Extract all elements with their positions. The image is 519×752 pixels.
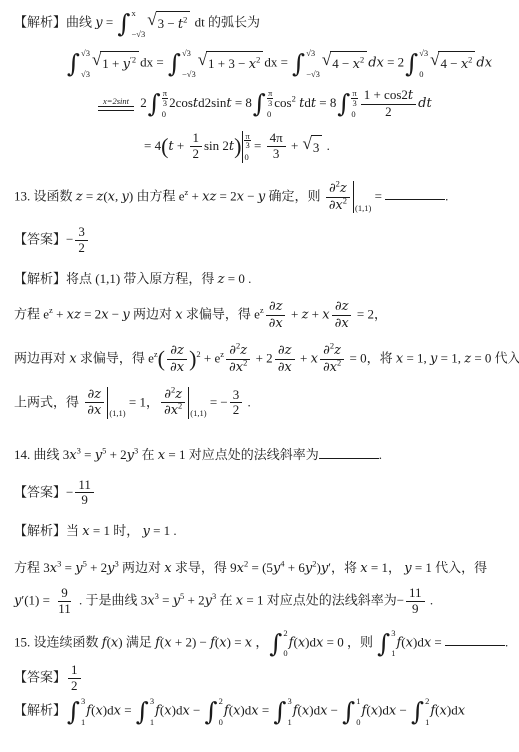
math-text: . bbox=[445, 188, 448, 203]
integral-sign: ∫ bbox=[136, 699, 149, 724]
fraction: 119 bbox=[75, 478, 94, 509]
math-text: + bbox=[53, 306, 67, 321]
math-text: d2sin bbox=[198, 95, 226, 110]
math-variable: dx bbox=[476, 55, 492, 70]
math-text: ， bbox=[252, 634, 268, 649]
integral: ∫20 bbox=[269, 628, 287, 659]
superscript: 2 bbox=[343, 195, 347, 205]
math-variable: x bbox=[164, 704, 171, 719]
math-text: 2 bbox=[193, 146, 200, 161]
solution-13-line-3: 两边再对 x 求偏导，得 ez(∂z∂x)2 + ez∂2z∂x2 + 2∂z∂… bbox=[14, 343, 509, 376]
denominator: 3 bbox=[162, 99, 168, 108]
math-text: = bbox=[121, 703, 135, 718]
math-text: + bbox=[288, 306, 302, 321]
math-text: ′，将 bbox=[328, 560, 360, 575]
integral-sign: ∫ bbox=[148, 91, 161, 116]
fraction: 32 bbox=[230, 388, 243, 419]
lower-limit: −√3 bbox=[182, 70, 196, 79]
upper-limit: √3 bbox=[81, 49, 90, 58]
fraction: ∂2z∂x2 bbox=[320, 343, 344, 376]
radicand: 1 + y′2 bbox=[100, 51, 139, 75]
math-text: 在 bbox=[138, 447, 158, 462]
math-variable: x bbox=[440, 704, 447, 719]
math-text: = 0，将 bbox=[346, 350, 396, 365]
math-variable: z bbox=[340, 181, 347, 196]
upper-limit: 3 bbox=[391, 629, 395, 638]
math-text: = bbox=[103, 14, 117, 29]
math-text: = 2 bbox=[216, 188, 236, 203]
upper-limit: 2 bbox=[283, 629, 287, 638]
denominator: ∂x bbox=[332, 316, 352, 332]
denominator: 2 bbox=[382, 105, 395, 120]
math-text: = 1 时， bbox=[90, 523, 143, 538]
lower-limit: 0 bbox=[283, 649, 287, 658]
math-variable: x bbox=[101, 307, 108, 322]
denominator: 2 bbox=[190, 147, 203, 162]
math-text: )d bbox=[172, 703, 183, 718]
math-text: + bbox=[174, 138, 188, 153]
superscript: ′2 bbox=[130, 55, 136, 65]
integral-sign: ∫ bbox=[292, 51, 305, 76]
math-text: . 于是曲线 3 bbox=[76, 592, 148, 607]
integral-sign: ∫ bbox=[342, 699, 355, 724]
denominator: 2 bbox=[68, 679, 81, 694]
math-text: + 2 bbox=[184, 592, 204, 607]
math-text: . bbox=[505, 634, 508, 649]
math-text: 11 bbox=[78, 477, 91, 492]
math-variable: x bbox=[353, 57, 360, 72]
math-variable: ∂z bbox=[278, 343, 292, 358]
math-text: 3 − bbox=[158, 16, 178, 31]
lower-limit: (1,1) bbox=[355, 204, 371, 213]
problem-13-answer: 【答案】−32 bbox=[14, 225, 509, 256]
tiny-fraction: π3 bbox=[162, 89, 168, 107]
integral-limits: 20 bbox=[219, 696, 223, 727]
radicand: 4 − x2 bbox=[438, 51, 475, 75]
integral-limits: 20 bbox=[283, 628, 287, 659]
numerator: ∂z bbox=[332, 299, 352, 316]
math-text: 方程 3 bbox=[14, 560, 50, 575]
math-variable: y bbox=[205, 593, 212, 608]
solution-15-line-1: 【解析】∫31f(x)dx = ∫31f(x)dx − ∫20f(x)dx = … bbox=[14, 696, 509, 727]
math-variable: y bbox=[123, 57, 130, 72]
fraction: ∂z∂x bbox=[84, 387, 104, 420]
math-text: + 6 bbox=[285, 560, 305, 575]
denominator: 9 bbox=[409, 602, 422, 617]
fraction: ∂z∂x bbox=[275, 343, 295, 376]
evaluation-bar: (1,1) bbox=[353, 181, 371, 213]
math-variable: x bbox=[406, 635, 413, 650]
solution-13-line-1: 【解析】将点 (1,1) 带入原方程，得 z = 0 . bbox=[14, 269, 509, 290]
integral: ∫π30 bbox=[148, 88, 168, 119]
math-text: . bbox=[379, 447, 382, 462]
fraction: ∂z∂x bbox=[266, 299, 286, 332]
math-text: = 0 . bbox=[225, 271, 252, 286]
math-variable: x bbox=[251, 704, 258, 719]
math-variable: ∂x bbox=[164, 403, 178, 418]
math-text: 2 bbox=[385, 104, 392, 119]
fraction: ∂2z∂x2 bbox=[226, 343, 250, 376]
solution-13-line-4: 上两式，得 ∂z∂x(1,1) = 1，∂2z∂x2(1,1) = −32 . bbox=[14, 387, 509, 420]
math-text: = 0 代入以 bbox=[471, 350, 519, 365]
substitution-label: x=2sint bbox=[103, 97, 129, 106]
math-variable: x bbox=[249, 57, 256, 72]
math-variable: ∂x bbox=[278, 360, 292, 375]
math-text: 【解析】 bbox=[14, 703, 66, 718]
integral: ∫π30 bbox=[253, 88, 273, 119]
numerator: ∂z bbox=[275, 343, 295, 360]
fraction: 12 bbox=[190, 131, 203, 162]
fraction: 4π3 bbox=[267, 131, 286, 162]
math-text: = bbox=[159, 592, 173, 607]
math-variable: z bbox=[175, 387, 182, 402]
integral-sign: ∫ bbox=[337, 91, 350, 116]
math-variable: x bbox=[371, 704, 378, 719]
denominator: ∂x2 bbox=[226, 360, 250, 376]
math-variable: x bbox=[458, 704, 465, 719]
math-text: − bbox=[396, 703, 410, 718]
lower-limit: 0 bbox=[244, 153, 250, 162]
lower-limit: 1 bbox=[425, 718, 429, 727]
math-text: 4 − bbox=[440, 56, 460, 71]
integral-limits: √3√3 bbox=[81, 48, 90, 79]
math-variable: ∂ bbox=[329, 181, 336, 196]
math-variable: y bbox=[95, 15, 102, 30]
math-text: )d bbox=[240, 703, 251, 718]
math-variable: x bbox=[164, 561, 171, 576]
denominator: 9 bbox=[78, 493, 91, 508]
math-text: 11 bbox=[409, 585, 422, 600]
big-paren: ( bbox=[158, 346, 165, 371]
math-text: = 1， bbox=[126, 394, 159, 409]
lower-limit: 0 bbox=[162, 110, 168, 119]
math-text: + bbox=[308, 306, 322, 321]
solution-12-equation-3: = 4(t + 12sin 2t)π30 = 4π3 + √3 . bbox=[144, 131, 509, 163]
math-variable: y bbox=[142, 524, 149, 539]
denominator: 3 bbox=[267, 99, 273, 108]
denominator: ∂x2 bbox=[320, 360, 344, 376]
math-variable: ∂x bbox=[329, 198, 343, 213]
lower-limit: −√3 bbox=[132, 30, 146, 39]
math-variable: ∂ bbox=[229, 343, 236, 358]
superscript: z bbox=[260, 305, 264, 315]
math-text: 3 bbox=[313, 140, 320, 155]
integral: ∫√3√3 bbox=[67, 48, 90, 79]
math-text: 两边再对 bbox=[14, 350, 69, 365]
integral-sign: ∫ bbox=[405, 51, 418, 76]
math-variable: z bbox=[334, 343, 341, 358]
integral-limits: 31 bbox=[81, 696, 85, 727]
math-text: = 1, bbox=[403, 350, 430, 365]
double-line bbox=[98, 106, 134, 111]
math-text: 4 − bbox=[332, 56, 352, 71]
math-text: 方程 e bbox=[14, 306, 49, 321]
bar-limits: π30 bbox=[243, 131, 250, 163]
math-variable: x bbox=[360, 561, 367, 576]
integral-limits: 10 bbox=[356, 696, 360, 727]
numerator: 1 bbox=[68, 663, 81, 679]
superscript: 2 bbox=[337, 357, 341, 367]
math-text: 【解析】当 bbox=[14, 523, 82, 538]
denominator: ∂x bbox=[167, 360, 187, 376]
denominator: ∂x bbox=[266, 316, 286, 332]
numerator: 1 + cos2t bbox=[361, 88, 416, 105]
integral-sign: ∫ bbox=[67, 51, 80, 76]
lower-limit: 1 bbox=[81, 718, 85, 727]
math-variable: ∂x bbox=[170, 360, 184, 375]
math-text: 确定，则 bbox=[265, 188, 324, 203]
math-variable: x bbox=[219, 635, 226, 650]
math-text: = bbox=[371, 188, 385, 203]
upper-limit: √3 bbox=[419, 49, 428, 58]
math-text: 14. 曲线 3 bbox=[14, 447, 69, 462]
upper-limit: 2 bbox=[219, 697, 223, 706]
problem-14-statement: 14. 曲线 3x3 = y5 + 2y3 在 x = 1 对应点处的法线斜率为… bbox=[14, 445, 509, 466]
integral-sign: ∫ bbox=[117, 11, 130, 36]
solution-14-line-2: 方程 3x3 = y5 + 2y3 两边对 x 求导，得 9x2 = (5y4 … bbox=[14, 558, 509, 579]
integral-sign: ∫ bbox=[168, 51, 181, 76]
math-variable: x bbox=[82, 524, 89, 539]
superscript: 2 bbox=[183, 15, 187, 25]
math-variable: ∂ bbox=[164, 387, 171, 402]
math-text: dx = bbox=[264, 54, 291, 69]
math-text: + e bbox=[201, 350, 221, 365]
math-text: − bbox=[244, 188, 258, 203]
integral: ∫x−√3 bbox=[117, 8, 145, 39]
math-text: 【答案】− bbox=[14, 484, 73, 499]
math-text: − bbox=[327, 703, 341, 718]
math-text: ) = bbox=[227, 634, 245, 649]
radical: √4 − x2 bbox=[430, 51, 475, 75]
math-text: = 1 对应点处的法线斜率为− bbox=[243, 592, 404, 607]
upper-limit: 1 bbox=[356, 697, 360, 706]
denominator: ∂x2 bbox=[326, 198, 350, 214]
integral-limits: π30 bbox=[267, 88, 273, 119]
evaluation-bar: (1,1) bbox=[107, 387, 125, 419]
upper-limit: π3 bbox=[267, 89, 273, 107]
math-variable: x bbox=[175, 307, 182, 322]
lower-limit: 0 bbox=[219, 718, 223, 727]
math-variable: ∂ bbox=[323, 343, 330, 358]
integral-sign: ∫ bbox=[205, 699, 218, 724]
math-text: 3 bbox=[273, 146, 280, 161]
math-text: 1 + 3 − bbox=[208, 56, 249, 71]
math-text: = 2 bbox=[81, 306, 101, 321]
superscript: 2 bbox=[243, 357, 247, 367]
math-text: + 2 bbox=[106, 447, 126, 462]
math-text: cos bbox=[274, 95, 291, 110]
math-text: = bbox=[83, 188, 97, 203]
math-variable: y bbox=[127, 448, 134, 463]
math-text: )d bbox=[413, 634, 424, 649]
radicand: 3 bbox=[311, 135, 323, 158]
upper-limit: 2 bbox=[425, 697, 429, 706]
annotated-equals: x=2sint bbox=[98, 97, 134, 112]
math-variable: y bbox=[75, 561, 82, 576]
math-text: . bbox=[244, 394, 251, 409]
superscript: 2 bbox=[360, 55, 364, 65]
math-text: 3 bbox=[78, 224, 85, 239]
math-text: = (5 bbox=[248, 560, 273, 575]
integral-sign: ∫ bbox=[253, 91, 266, 116]
math-text: + 2 bbox=[252, 350, 272, 365]
denominator: ∂x bbox=[275, 360, 295, 376]
integral: ∫20 bbox=[205, 696, 223, 727]
math-text: 9 bbox=[61, 585, 68, 600]
evaluation-bar: π30 bbox=[242, 131, 250, 163]
math-text: = bbox=[81, 447, 95, 462]
math-text: . bbox=[427, 592, 434, 607]
radical: √4 − x2 bbox=[322, 51, 367, 75]
math-variable: ∂x bbox=[269, 316, 283, 331]
math-variable: xz bbox=[202, 189, 216, 204]
math-text: 9 bbox=[412, 601, 419, 616]
fraction: 12 bbox=[68, 663, 81, 694]
integral: ∫21 bbox=[411, 696, 429, 727]
math-variable: x bbox=[69, 448, 76, 463]
math-text: − bbox=[190, 703, 204, 718]
math-text: 【答案】 bbox=[14, 669, 66, 684]
lower-limit: 1 bbox=[391, 649, 395, 658]
math-text: 在 bbox=[216, 592, 236, 607]
math-text: 求偏导，得 e bbox=[183, 306, 260, 321]
radical: √3 − t2 bbox=[147, 11, 190, 35]
math-text: 1 + bbox=[102, 56, 122, 71]
numerator: ∂z bbox=[266, 299, 286, 316]
math-text: 3 bbox=[233, 387, 240, 402]
math-text: )d bbox=[378, 703, 389, 718]
integral: ∫√3−√3 bbox=[168, 48, 196, 79]
bar-limits: (1,1) bbox=[108, 387, 125, 419]
math-variable: z bbox=[218, 272, 225, 287]
math-text: = 1， bbox=[368, 560, 405, 575]
bar-limits: (1,1) bbox=[189, 387, 206, 419]
tiny-fraction: π3 bbox=[351, 89, 357, 107]
math-text: = 1, bbox=[437, 350, 464, 365]
numerator: 4π bbox=[267, 131, 286, 147]
solution-14-line-1: 【解析】当 x = 1 时， y = 1 . bbox=[14, 521, 509, 542]
lower-limit: 1 bbox=[150, 718, 154, 727]
upper-limit: 3 bbox=[81, 697, 85, 706]
integral-limits: 31 bbox=[287, 696, 291, 727]
math-variable: z bbox=[76, 189, 83, 204]
upper-limit: √3 bbox=[182, 49, 196, 58]
denominator: 3 bbox=[351, 99, 357, 108]
integral-sign: ∫ bbox=[269, 631, 282, 656]
math-variable: y bbox=[95, 448, 102, 463]
integral: ∫31 bbox=[67, 696, 85, 727]
math-variable: x bbox=[322, 307, 329, 322]
upper-limit: 3 bbox=[150, 697, 154, 706]
integral-sign: ∫ bbox=[377, 631, 390, 656]
lower-limit: 0 bbox=[356, 718, 360, 727]
math-text: 2cos bbox=[169, 95, 193, 110]
lower-limit: (1,1) bbox=[190, 409, 206, 418]
math-text: 上两式，得 bbox=[14, 394, 82, 409]
math-variable: t bbox=[408, 88, 413, 103]
math-text: = 1 . bbox=[150, 523, 177, 538]
math-variable: y bbox=[173, 593, 180, 608]
integral: ∫√30 bbox=[405, 48, 428, 79]
numerator: 3 bbox=[230, 388, 243, 404]
math-text: = 2， bbox=[354, 306, 387, 321]
math-text: . bbox=[323, 138, 330, 153]
integral: ∫π30 bbox=[337, 88, 357, 119]
integral-limits: 31 bbox=[150, 696, 154, 727]
evaluation-bar: (1,1) bbox=[188, 387, 206, 419]
numerator: 11 bbox=[75, 478, 94, 494]
math-text: 4π bbox=[270, 130, 283, 145]
problem-14-answer: 【答案】−119 bbox=[14, 478, 509, 509]
upper-limit: 3 bbox=[287, 697, 291, 706]
math-text: 【答案】− bbox=[14, 231, 73, 246]
problem-13-statement: 13. 设函数 z = z(x, y) 由方程 ez + xz = 2x − y… bbox=[14, 181, 509, 214]
math-text: 9 bbox=[81, 492, 88, 507]
lower-limit: (1,1) bbox=[109, 409, 125, 418]
document-page: 【解析】曲线 y = ∫x−√3√3 − t2 dt 的弧长为 ∫√3√3√1 … bbox=[0, 0, 519, 727]
math-variable: x bbox=[182, 704, 189, 719]
integral-limits: x−√3 bbox=[132, 8, 146, 39]
lower-limit: −√3 bbox=[306, 70, 320, 79]
math-variable: y bbox=[404, 561, 411, 576]
math-text: ) 由方程 e bbox=[129, 188, 185, 203]
math-text: 2 bbox=[233, 402, 240, 417]
radicand: 1 + 3 − x2 bbox=[206, 51, 263, 75]
math-variable: dx bbox=[368, 55, 384, 70]
fraction: ∂z∂x bbox=[167, 343, 187, 376]
integral-sign: ∫ bbox=[411, 699, 424, 724]
numerator: ∂z bbox=[167, 343, 187, 360]
math-text: dt 的弧长为 bbox=[191, 14, 260, 29]
radicand: 3 − t2 bbox=[156, 11, 191, 35]
math-text: = 2 bbox=[384, 54, 404, 69]
math-variable: x bbox=[69, 351, 76, 366]
math-variable: ∂z bbox=[335, 299, 349, 314]
math-variable: x bbox=[114, 704, 121, 719]
fraction: ∂2z∂x2 bbox=[161, 387, 185, 420]
radical: √3 bbox=[303, 135, 323, 158]
lower-limit: √3 bbox=[81, 70, 90, 79]
numerator: 1 bbox=[190, 131, 203, 147]
solution-12-intro-line: 【解析】曲线 y = ∫x−√3√3 − t2 dt 的弧长为 bbox=[14, 8, 509, 39]
math-variable: ∂z bbox=[88, 387, 102, 402]
math-text: )d bbox=[305, 634, 316, 649]
math-variable: ∂x bbox=[323, 360, 337, 375]
math-text: 1 bbox=[71, 662, 78, 677]
math-text: = 8 bbox=[232, 95, 252, 110]
math-variable: ∂z bbox=[170, 343, 184, 358]
math-variable: x bbox=[108, 189, 115, 204]
math-variable: x bbox=[95, 704, 102, 719]
math-variable: x bbox=[50, 561, 57, 576]
math-variable: ∂x bbox=[87, 403, 101, 418]
lower-limit: 0 bbox=[351, 110, 357, 119]
math-text: = 1 代入，得 bbox=[412, 560, 488, 575]
integral: ∫31 bbox=[136, 696, 154, 727]
answer-blank bbox=[445, 632, 505, 646]
math-text: + bbox=[188, 188, 202, 203]
math-text: 求导，得 9 bbox=[172, 560, 237, 575]
math-variable: x bbox=[236, 593, 243, 608]
math-text: + 2 bbox=[87, 560, 107, 575]
solution-12-equation-2: x=2sint 2∫π302costd2sint = 8∫π30cos2 tdt… bbox=[98, 88, 509, 120]
math-text: 2 bbox=[78, 240, 85, 255]
math-text: )d bbox=[309, 703, 320, 718]
math-text: 13. 设函数 bbox=[14, 188, 76, 203]
integral: ∫31 bbox=[377, 628, 395, 659]
denominator: 11 bbox=[55, 602, 74, 617]
superscript: 2 bbox=[256, 55, 260, 65]
